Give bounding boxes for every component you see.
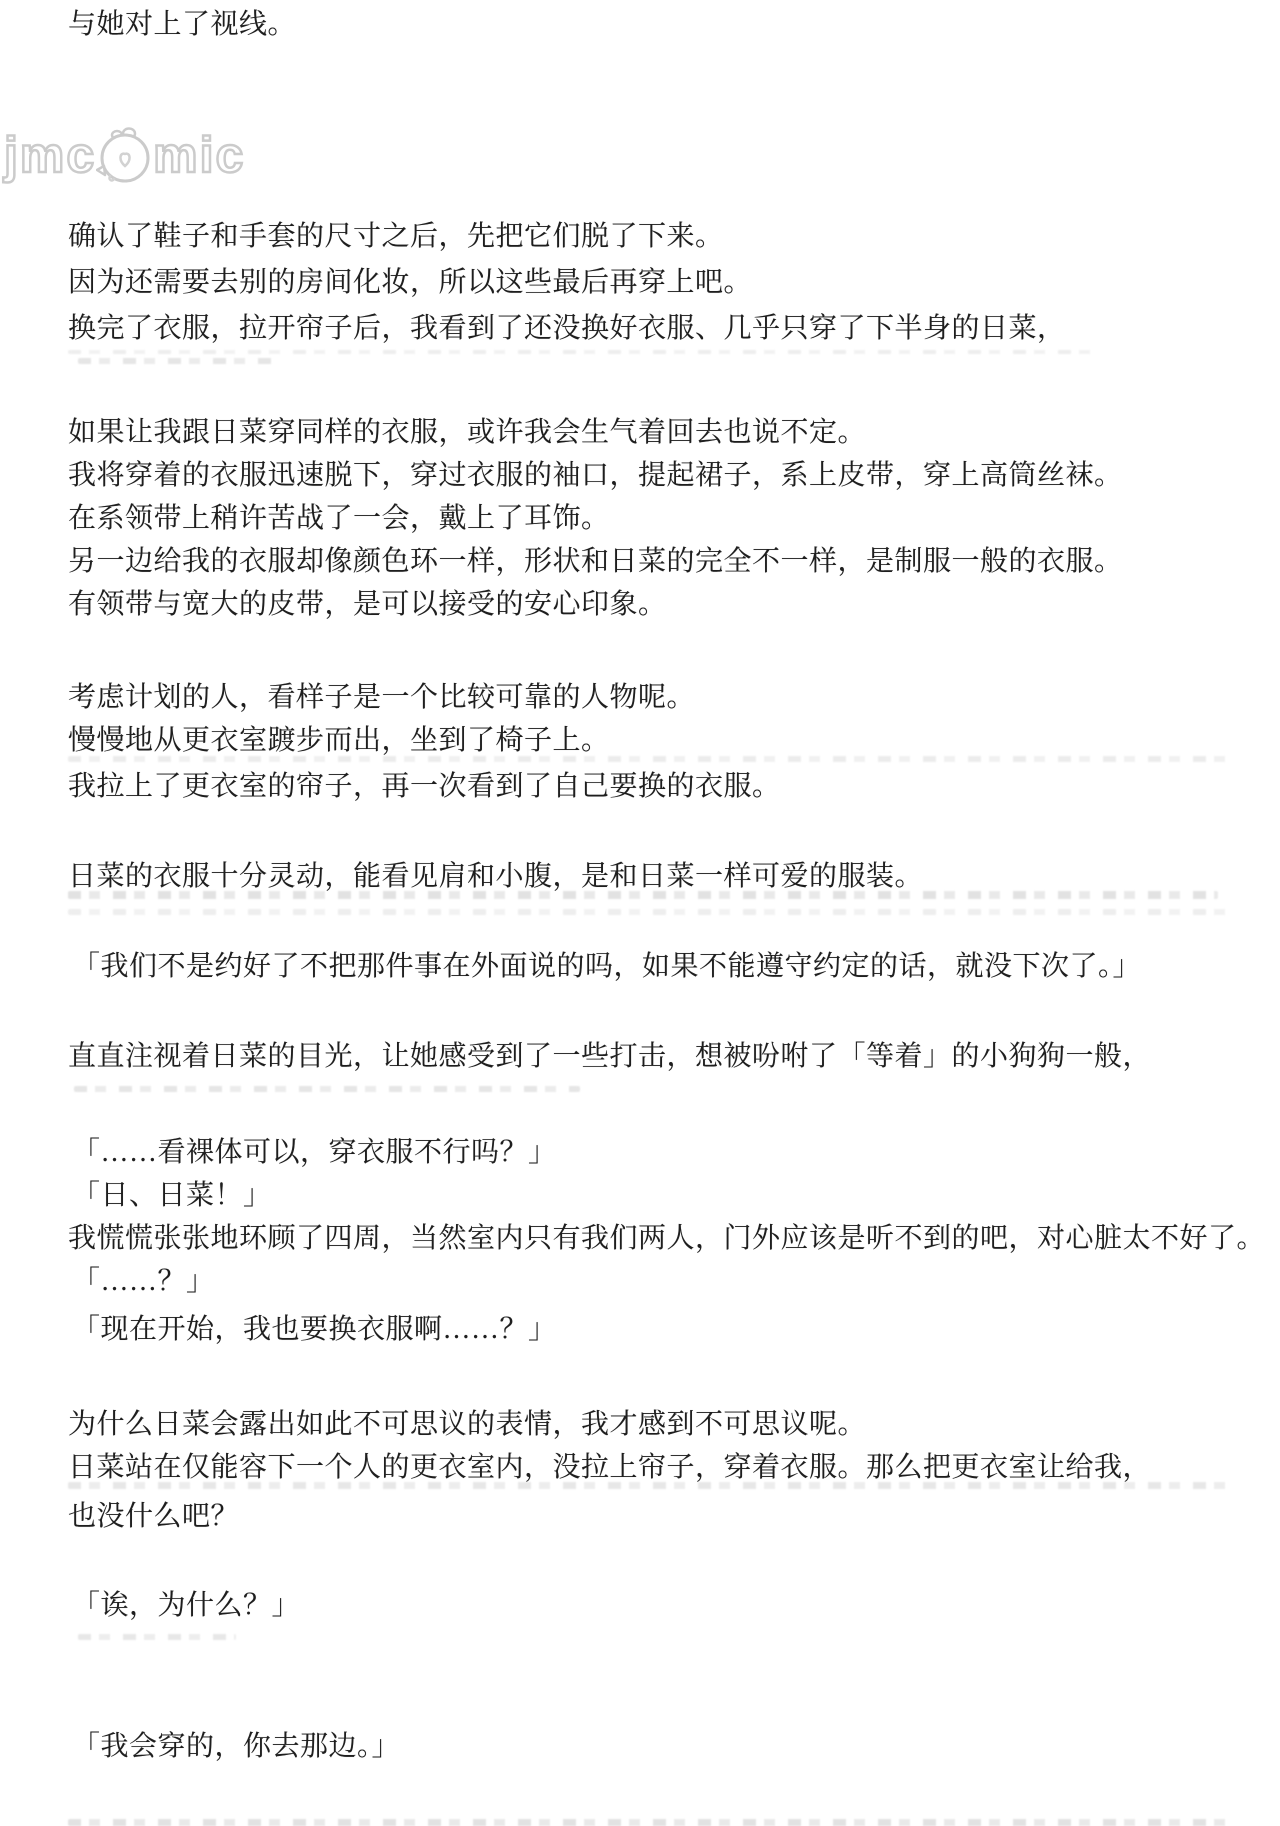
dialogue-line-6: 「诶，为什么？」 [72, 1591, 300, 1621]
dialogue-line-7: 「我会穿的，你去那边。」 [72, 1732, 400, 1762]
text-line-17: 日菜站在仅能容下一个人的更衣室内，没拉上帘子，穿着衣服。那么把更衣室让给我， [68, 1453, 1151, 1483]
text-line-10: 考虑计划的人，看样子是一个比较可靠的人物呢。 [68, 683, 695, 713]
text-line-4: 换完了衣服，拉开帘子后，我看到了还没换好衣服、几乎只穿了下半身的日菜， [68, 314, 1066, 344]
faded-ghost-text [74, 1086, 580, 1092]
dialogue-line-3: 「日、日菜！」 [72, 1181, 272, 1211]
text-line-3: 因为还需要去别的房间化妆，所以这些最后再穿上吧。 [68, 268, 752, 298]
text-line-9: 有领带与宽大的皮带，是可以接受的安心印象。 [68, 590, 667, 620]
faded-ghost-text [78, 1634, 236, 1640]
faded-ghost-text [68, 756, 1228, 762]
watermark-text-right: mic [153, 130, 245, 180]
faded-ghost-text [78, 358, 278, 364]
text-line-12: 我拉上了更衣室的帘子，再一次看到了自己要换的衣服。 [68, 772, 781, 802]
dialogue-line-2: 「……看裸体可以，穿衣服不行吗？」 [72, 1138, 557, 1168]
text-line-5: 如果让我跟日菜穿同样的衣服，或许我会生气着回去也说不定。 [68, 418, 866, 448]
jmcomic-watermark: jmc mic [4, 126, 245, 184]
chick-mascot-icon [96, 126, 154, 184]
dialogue-line-1: 「我们不是约好了不把那件事在外面说的吗，如果不能遵守约定的话，就没下次了。」 [72, 952, 1141, 982]
dialogue-line-4: 「……？」 [72, 1267, 215, 1297]
text-line-16: 为什么日菜会露出如此不可思议的表情，我才感到不可思议呢。 [68, 1410, 866, 1440]
text-line-6: 我将穿着的衣服迅速脱下，穿过衣服的袖口，提起裙子，系上皮带，穿上高筒丝袜。 [68, 461, 1123, 491]
text-line-2: 确认了鞋子和手套的尺寸之后，先把它们脱了下来。 [68, 222, 724, 252]
text-line-14: 直直注视着日菜的目光，让她感受到了一些打击，想被吩咐了「等着」的小狗狗一般， [68, 1042, 1151, 1072]
watermark-text-left: jmc [4, 130, 96, 180]
text-line-18: 也没什么吧？ [68, 1502, 239, 1532]
faded-ghost-text [68, 891, 1218, 899]
text-line-15: 我慌慌张张地环顾了四周，当然室内只有我们两人，门外应该是听不到的吧，对心脏太不好… [68, 1224, 1265, 1254]
faded-ghost-text [68, 1482, 1228, 1489]
text-line-13: 日菜的衣服十分灵动，能看见肩和小腹，是和日菜一样可爱的服装。 [68, 862, 923, 892]
faded-ghost-text [68, 1819, 1238, 1826]
faded-ghost-text [68, 350, 1098, 354]
text-line-1: 与她对上了视线。 [68, 10, 296, 40]
text-line-11: 慢慢地从更衣室踱步而出，坐到了椅子上。 [68, 726, 610, 756]
text-line-7: 在系领带上稍许苦战了一会，戴上了耳饰。 [68, 504, 610, 534]
novel-page: jmc mic 与她对上了视线。 确认了鞋子和手套的尺寸之后，先把它们脱了下来。… [0, 0, 1280, 1826]
text-line-8: 另一边给我的衣服却像颜色环一样，形状和日菜的完全不一样，是制服一般的衣服。 [68, 547, 1123, 577]
dialogue-line-5: 「现在开始，我也要换衣服啊……？」 [72, 1315, 557, 1345]
faded-ghost-text [68, 909, 1228, 915]
